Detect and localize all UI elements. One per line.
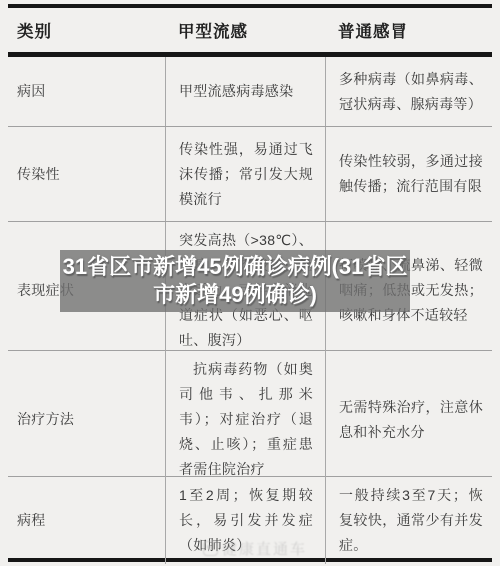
- row-label: 治疗方法: [8, 351, 165, 488]
- cold-cell: 一般持续3至7天；恢复较快，通常少有并发症。: [325, 477, 492, 564]
- table-row-cause: 病因 甲型流感病毒感染 多种病毒（如鼻病毒、冠状病毒、腺病毒等）: [8, 57, 492, 127]
- headline-line-1: 31省区市新增45例确诊病例(31省区: [63, 253, 408, 281]
- headline-line-2: 市新增49例确诊): [153, 281, 317, 309]
- flu-cell: 传染性强，易通过飞沫传播；常引发大规模流行: [165, 127, 325, 221]
- row-label: 病因: [8, 57, 165, 126]
- header-common-cold: 普通感冒: [325, 18, 492, 42]
- news-headline-banner: 31省区市新增45例确诊病例(31省区 市新增49例确诊): [60, 250, 410, 312]
- flu-cell: 甲型流感病毒感染: [165, 57, 325, 126]
- watermark-text: 健康直通车: [222, 538, 307, 559]
- cold-cell: 传染性较弱，多通过接触传播；流行范围有限: [325, 127, 492, 221]
- row-label: 传染性: [8, 127, 165, 221]
- table-header-row: 类别 甲型流感 普通感冒: [8, 8, 492, 57]
- row-label: 病程: [8, 477, 165, 564]
- header-category: 类别: [8, 18, 165, 42]
- flu-cell: 抗病毒药物（如奥司他韦、扎那米韦）；对症治疗（退烧、止咳）；重症患者需住院治疗: [165, 351, 325, 488]
- header-influenza-a: 甲型流感: [165, 18, 325, 42]
- infographic-image: 类别 甲型流感 普通感冒 病因 甲型流感病毒感染 多种病毒（如鼻病毒、冠状病毒、…: [0, 0, 500, 566]
- cold-cell: 多种病毒（如鼻病毒、冠状病毒、腺病毒等）: [325, 57, 492, 126]
- watermark: 健康直通车: [203, 538, 307, 559]
- watermark-logo-icon: [203, 541, 218, 556]
- cold-cell: 无需特殊治疗，注意休息和补充水分: [325, 351, 492, 488]
- table-row-treatment: 治疗方法 抗病毒药物（如奥司他韦、扎那米韦）；对症治疗（退烧、止咳）；重症患者需…: [8, 351, 492, 477]
- table-row-contagiousness: 传染性 传染性强，易通过飞沫传播；常引发大规模流行 传染性较弱，多通过接触传播；…: [8, 127, 492, 222]
